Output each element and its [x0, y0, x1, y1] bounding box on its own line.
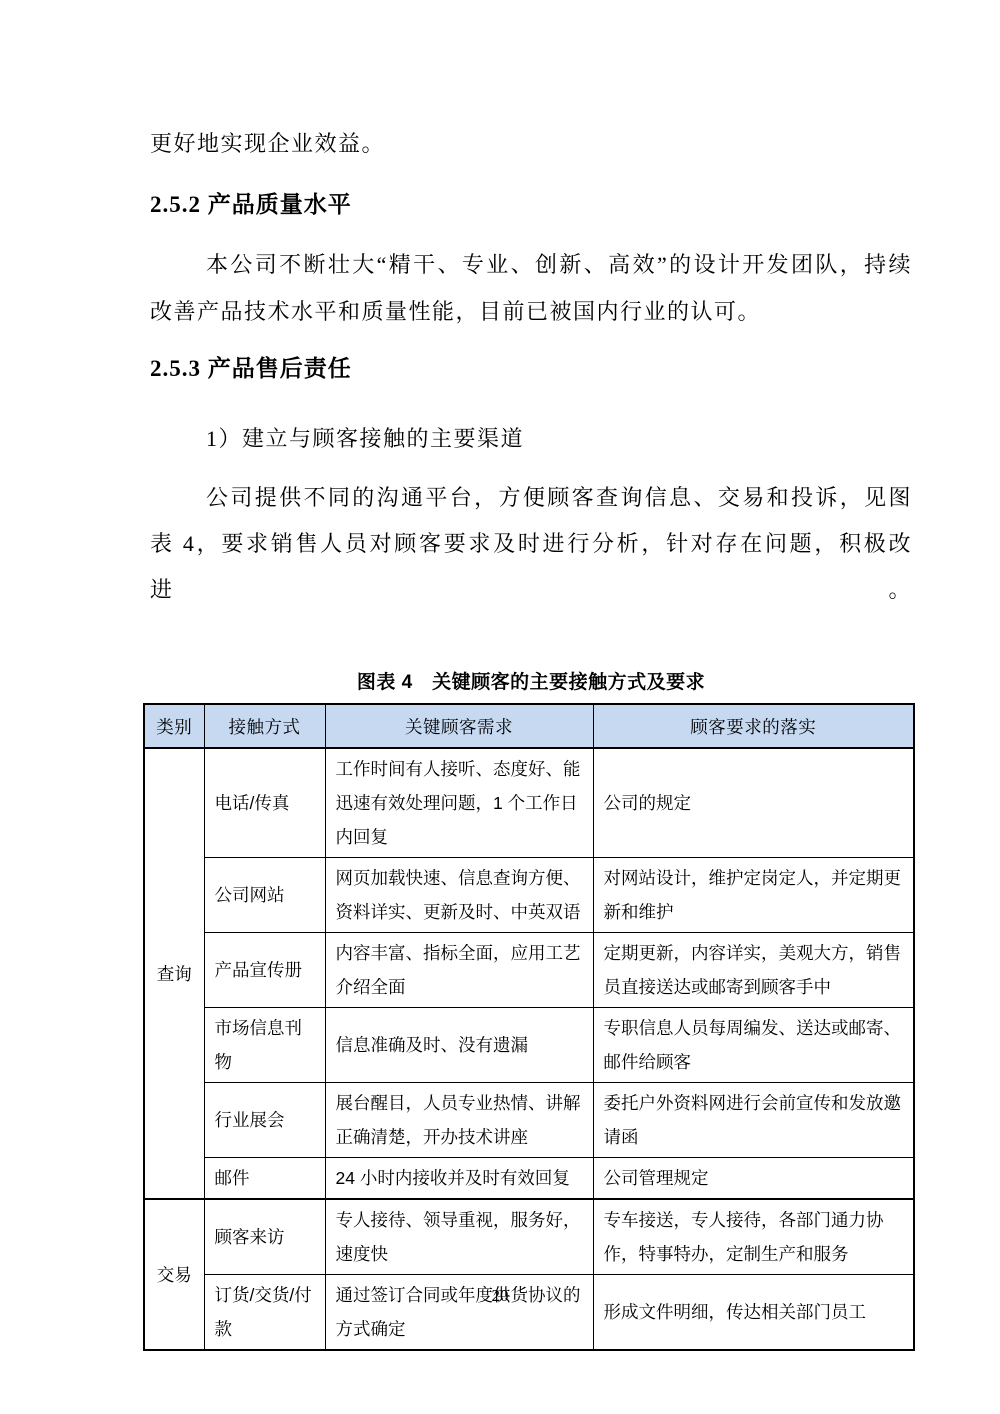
implementation-cell: 对网站设计，维护定岗定人，并定期更新和维护: [593, 858, 914, 933]
table-header-row: 类别 接触方式 关键顾客需求 顾客要求的落实: [144, 704, 914, 748]
table-row: 产品宣传册 内容丰富、指标全面，应用工艺介绍全面 定期更新，内容详实，美观大方，…: [144, 933, 914, 1008]
implementation-cell: 委托户外资料网进行会前宣传和发放邀请函: [593, 1083, 914, 1158]
implementation-cell: 公司的规定: [593, 748, 914, 858]
paragraph-253-line-1: 公司提供不同的沟通平台，方便顾客查询信息、交易和投诉，见图: [150, 475, 912, 521]
implementation-cell: 专职信息人员每周编发、送达或邮寄、邮件给顾客: [593, 1008, 914, 1083]
paragraph-252: 本公司不断壮大“精干、专业、创新、高效”的设计开发团队，持续 改善产品技术水平和…: [150, 241, 912, 335]
method-cell: 公司网站: [204, 858, 325, 933]
method-cell: 邮件: [204, 1158, 325, 1200]
table-row: 邮件 24 小时内接收并及时有效回复 公司管理规定: [144, 1158, 914, 1200]
section-heading-252: 2.5.2 产品质量水平: [150, 191, 912, 219]
implementation-cell: 定期更新，内容详实，美观大方，销售员直接送达或邮寄到顾客手中: [593, 933, 914, 1008]
method-cell: 市场信息刊物: [204, 1008, 325, 1083]
implementation-cell: 专车接送，专人接待，各部门通力协作，特事特办，定制生产和服务: [593, 1199, 914, 1275]
header-contact-method: 接触方式: [204, 704, 325, 748]
paragraph-253: 公司提供不同的沟通平台，方便顾客查询信息、交易和投诉，见图 表 4，要求销售人员…: [150, 475, 912, 613]
paragraph-252-line-1: 本公司不断壮大“精干、专业、创新、高效”的设计开发团队，持续: [150, 241, 912, 288]
table-row: 市场信息刊物 信息准确及时、没有遗漏 专职信息人员每周编发、送达或邮寄、邮件给顾…: [144, 1008, 914, 1083]
list-item-channels: 1）建立与顾客接触的主要渠道: [150, 425, 912, 453]
table-row: 交易 顾客来访 专人接待、领导重视，服务好，速度快 专车接送，专人接待，各部门通…: [144, 1199, 914, 1275]
closing-paragraph-line: 更好地实现企业效益。: [150, 131, 912, 157]
paragraph-252-line-2: 改善产品技术水平和质量性能，目前已被国内行业的认可。: [150, 288, 912, 335]
page-number: 20: [0, 1286, 1000, 1306]
method-cell: 电话/传真: [204, 748, 325, 858]
paragraph-253-line-2: 表 4，要求销售人员对顾客要求及时进行分析，针对存在问题，积极改进。: [150, 521, 912, 613]
need-cell: 工作时间有人接听、态度好、能迅速有效处理问题，1 个工作日内回复: [325, 748, 593, 858]
table-row: 查询 电话/传真 工作时间有人接听、态度好、能迅速有效处理问题，1 个工作日内回…: [144, 748, 914, 858]
table-caption: 图表 4 关键顾客的主要接触方式及要求: [150, 667, 912, 694]
header-category: 类别: [144, 704, 204, 748]
section-heading-253: 2.5.3 产品售后责任: [150, 355, 912, 383]
method-cell: 行业展会: [204, 1083, 325, 1158]
need-cell: 内容丰富、指标全面，应用工艺介绍全面: [325, 933, 593, 1008]
document-page: 更好地实现企业效益。 2.5.2 产品质量水平 本公司不断壮大“精干、专业、创新…: [0, 0, 1000, 1351]
need-cell: 信息准确及时、没有遗漏: [325, 1008, 593, 1083]
method-cell: 产品宣传册: [204, 933, 325, 1008]
header-implementation: 顾客要求的落实: [593, 704, 914, 748]
need-cell: 专人接待、领导重视，服务好，速度快: [325, 1199, 593, 1275]
implementation-cell: 公司管理规定: [593, 1158, 914, 1200]
need-cell: 24 小时内接收并及时有效回复: [325, 1158, 593, 1200]
need-cell: 展台醒目，人员专业热情、讲解正确清楚，开办技术讲座: [325, 1083, 593, 1158]
category-cell-query: 查询: [144, 748, 204, 1199]
table-row: 行业展会 展台醒目，人员专业热情、讲解正确清楚，开办技术讲座 委托户外资料网进行…: [144, 1083, 914, 1158]
category-cell-transaction: 交易: [144, 1199, 204, 1350]
method-cell: 顾客来访: [204, 1199, 325, 1275]
need-cell: 网页加载快速、信息查询方便、资料详实、更新及时、中英双语: [325, 858, 593, 933]
table-row: 公司网站 网页加载快速、信息查询方便、资料详实、更新及时、中英双语 对网站设计，…: [144, 858, 914, 933]
header-customer-need: 关键顾客需求: [325, 704, 593, 748]
contact-methods-table: 类别 接触方式 关键顾客需求 顾客要求的落实 查询 电话/传真 工作时间有人接听…: [143, 703, 915, 1351]
